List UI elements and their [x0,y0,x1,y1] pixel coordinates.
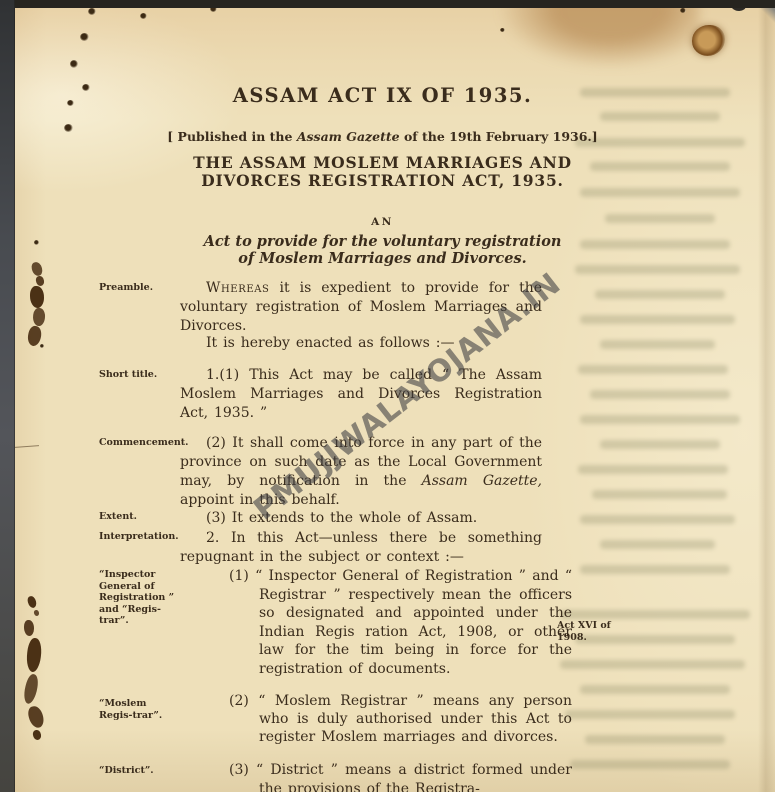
bleed-through-line [565,710,735,719]
bleed-through-line [580,415,740,424]
margin-note-commencement: Commencement. [99,437,177,449]
wormhole-speck [70,60,78,68]
bleed-through-line [570,760,730,769]
bleed-through-line [580,565,730,574]
bleed-through-line [580,515,735,524]
commencement-gazette-italic: Assam Gazette, [422,473,542,489]
wormhole-speck [88,8,96,15]
margin-note-preamble: Preamble. [99,282,177,294]
wormhole-speck [34,240,39,245]
bleed-through-line [600,440,720,449]
stain-top-right [500,0,700,68]
long-title-line1: Act to provide for the voluntary registr… [60,233,705,250]
paragraph-extent: (3) It extends to the whole of Assam. [180,509,542,528]
wormhole-speck [80,33,89,41]
bleed-through-line [578,465,728,474]
scan-top-edge [0,0,775,8]
page-title: ASSAM ACT IX OF 1935. [60,84,705,107]
publication-gazette-italic: Assam Gazette [297,129,400,144]
clause-district: (3) “ District ” means a district formed… [229,761,572,792]
preamble-lead-word: Whereas [206,280,270,296]
paragraph-interpretation: 2. In this Act—unless there be something… [180,529,542,567]
wormhole-speck [680,8,686,13]
act-name-line2: DIVORCES REGISTRATION ACT, 1935. [60,172,705,190]
wormhole-speck [40,344,44,348]
bleed-through-line [590,390,730,399]
ink-blotch [30,286,44,308]
bleed-through-line [580,188,740,197]
act-name-heading: THE ASSAM MOSLEM MARRIAGES AND DIVORCES … [60,154,705,189]
margin-note-moslem-registrar: “Moslem Regis-trar”. [99,698,177,721]
bleed-through-line [578,365,728,374]
margin-note-district: “District”. [99,765,177,777]
bleed-through-line [560,660,745,669]
bleed-through-line [580,685,730,694]
publication-line: [ Published in the Assam Gazette of the … [60,129,705,144]
bleed-through-line [585,735,725,744]
bleed-through-line [580,315,735,324]
long-title-line2: of Moslem Marriages and Divorces. [60,250,705,267]
clause-inspector-general: (1) “ Inspector General of Registration … [229,567,572,678]
publication-pre: [ Published in the [167,129,297,144]
scan-left-edge [0,0,15,792]
bleed-through-line [592,490,727,499]
bleed-through-line [595,290,725,299]
wormhole-speck [500,28,505,32]
margin-note-interpretation: Interpretation. [99,531,177,543]
bleed-through-line [600,112,720,121]
wormhole-speck [140,13,147,19]
scanned-document-page: ASSAM ACT IX OF 1935. [ Published in the… [0,0,775,792]
publication-post: of the 19th February 1936.] [400,129,598,144]
clause-moslem-registrar: (2) “ Moslem Registrar ” means any perso… [229,692,572,746]
page-right-edge-shadow [758,0,775,792]
bleed-through-line [600,540,715,549]
act-name-line1: THE ASSAM MOSLEM MARRIAGES AND [60,154,705,172]
margin-note-extent: Extent. [99,511,177,523]
ink-blotch [24,620,34,636]
an-label: AN [60,216,705,228]
margin-note-inspector-general: “Inspector General of Registration ” and… [99,569,177,627]
bleed-through-line [600,340,715,349]
margin-note-short-title: Short title. [99,369,177,381]
bleed-through-line [560,610,750,619]
long-title: Act to provide for the voluntary registr… [60,233,705,267]
